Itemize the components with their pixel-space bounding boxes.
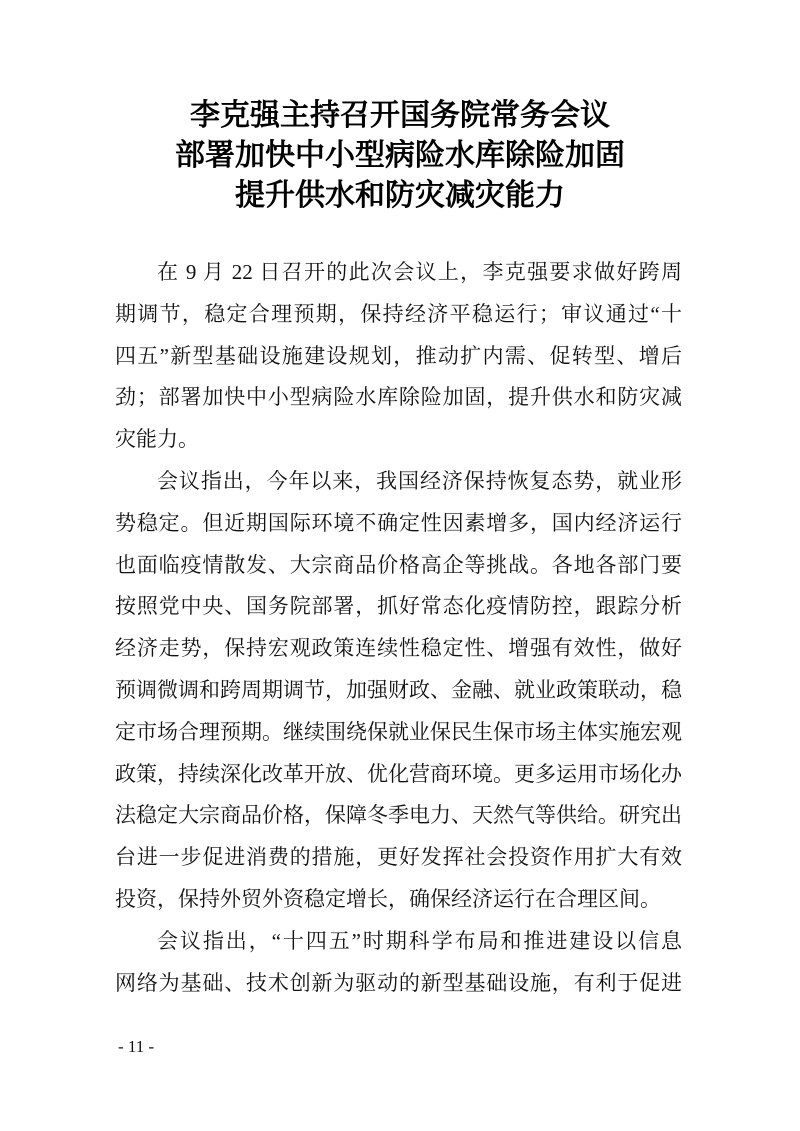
paragraph-1: 在 9 月 22 日召开的此次会议上，李克强要求做好跨周 期调节，稳定合理预期，… [115,252,682,461]
text-line: 经济走势，保持宏观政策连续性稳定性、增强有效性，做好 [115,628,682,670]
text-line: 期调节，稳定合理预期，保持经济平稳运行；审议通过“十 [115,294,682,336]
text-line: 政策，持续深化改革开放、优化营商环境。更多运用市场化办 [115,754,682,796]
title-line-2: 部署加快中小型病险水库除险加固 [0,136,800,176]
text-line: 按照党中央、国务院部署，抓好常态化疫情防控，跟踪分析 [115,586,682,628]
paragraph-3: 会议指出，“十四五”时期科学布局和推进建设以信息 网络为基础、技术创新为驱动的新… [115,921,682,1005]
text-line: 劲；部署加快中小型病险水库除险加固，提升供水和防灾减 [115,377,682,419]
text-line: 会议指出，“十四五”时期科学布局和推进建设以信息 [115,921,682,963]
text-line: 灾能力。 [115,419,682,461]
text-line: 台进一步促进消费的措施，更好发挥社会投资作用扩大有效 [115,837,682,879]
title-line-1: 李克强主持召开国务院常务会议 [0,96,800,136]
paragraph-2: 会议指出，今年以来，我国经济保持恢复态势，就业形 势稳定。但近期国际环境不确定性… [115,461,682,921]
text-line: 在 9 月 22 日召开的此次会议上，李克强要求做好跨周 [115,252,682,294]
document-title: 李克强主持召开国务院常务会议 部署加快中小型病险水库除险加固 提升供水和防灾减灾… [0,96,800,216]
text-line: 势稳定。但近期国际环境不确定性因素增多，国内经济运行 [115,503,682,545]
text-line: 会议指出，今年以来，我国经济保持恢复态势，就业形 [115,461,682,503]
text-line: 四五”新型基础设施建设规划，推动扩内需、促转型、增后 [115,336,682,378]
page-number: - 11 - [118,1036,154,1058]
document-body: 在 9 月 22 日召开的此次会议上，李克强要求做好跨周 期调节，稳定合理预期，… [115,252,682,1004]
text-line: 法稳定大宗商品价格，保障冬季电力、天然气等供给。研究出 [115,795,682,837]
text-line: 投资，保持外贸外资稳定增长，确保经济运行在合理区间。 [115,879,682,921]
title-line-3: 提升供水和防灾减灾能力 [0,176,800,216]
text-line: 也面临疫情散发、大宗商品价格高企等挑战。各地各部门要 [115,545,682,587]
document-page: 李克强主持召开国务院常务会议 部署加快中小型病险水库除险加固 提升供水和防灾减灾… [0,0,800,1131]
text-line: 定市场合理预期。继续围绕保就业保民生保市场主体实施宏观 [115,712,682,754]
text-line: 网络为基础、技术创新为驱动的新型基础设施，有利于促进 [115,963,682,1005]
text-line: 预调微调和跨周期调节，加强财政、金融、就业政策联动，稳 [115,670,682,712]
